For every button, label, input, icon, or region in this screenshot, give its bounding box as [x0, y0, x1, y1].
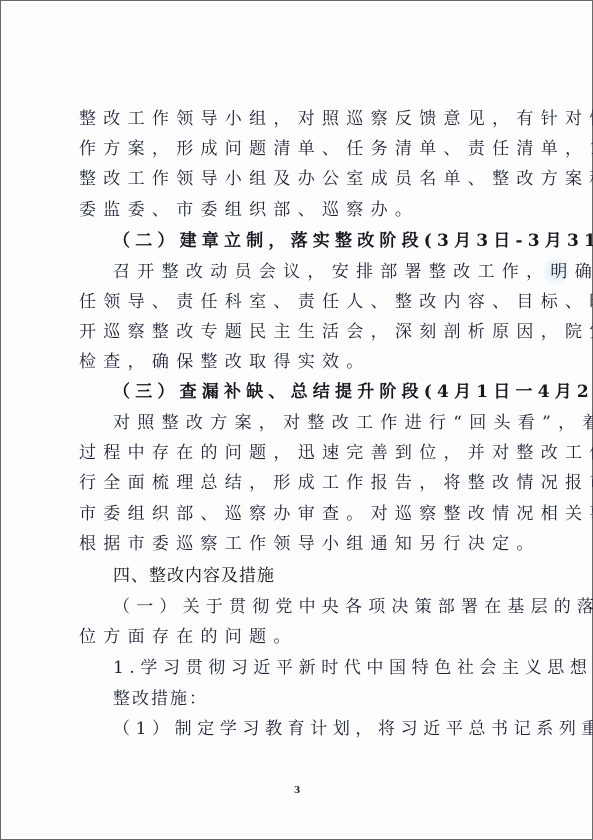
paragraph-line: 检查，确保整改取得实效。 — [79, 351, 371, 373]
section-subheading-2: （二）建章立制，落实整改阶段(3月3日-3月31日) — [113, 230, 593, 252]
paragraph-line: 整改工作领导小组及办公室成员名单、整改方案和台账报市纪 — [79, 168, 593, 190]
paragraph-line: 整改工作领导小组，对照巡察反馈意见，有针对性制定整改工 — [79, 108, 593, 130]
paragraph-line: 召开整改动员会议，安排部署整改工作，明确整改工作责 — [113, 261, 593, 283]
measures-label: 整改措施： — [113, 688, 208, 710]
paragraph-line: 根据市委巡察工作领导小组通知另行决定。 — [79, 533, 541, 555]
paragraph-line: （1）制定学习教育计划，将习近平总书记系列重要讲话精 — [113, 718, 593, 740]
item-heading: （一）关于贯彻党中央各项决策部署在基层的落实不够到 — [113, 596, 593, 618]
paragraph-line: 委监委、市委组织部、巡察办。 — [79, 199, 419, 221]
paragraph-line: 位方面存在的问题。 — [79, 626, 298, 648]
paragraph-line: 行全面梳理总结，形成工作报告，将整改情况报市纪委监委、 — [79, 472, 593, 494]
section-subheading-3: （三）查漏补缺、总结提升阶段(4月1日一4月22日) — [113, 381, 593, 403]
paragraph-line: 对照整改方案，对整改工作进行“回头看”，着力发现整改 — [113, 412, 593, 434]
paragraph-line: 市委组织部、巡察办审查。对巡察整改情况相关事宜的公开， — [79, 503, 593, 525]
page-number: 3 — [294, 786, 300, 796]
paragraph-line: 开巡察整改专题民主生活会，深刻剖析原因，院党委定期督促 — [79, 321, 593, 343]
section-heading-4: 四、整改内容及措施 — [113, 565, 275, 587]
document-page: 整改工作领导小组，对照巡察反馈意见，有针对性制定整改工 作方案，形成问题清单、任… — [0, 0, 593, 840]
paragraph-line: 任领导、责任科室、责任人、整改内容、目标、时限要求。召 — [79, 291, 593, 313]
paragraph-line: 作方案，形成问题清单、任务清单、责任清单，10日内将巡察 — [79, 138, 593, 160]
item-subheading: 1.学习贯彻习近平新时代中国特色社会主义思想不深入。 — [113, 657, 593, 679]
paragraph-line: 过程中存在的问题，迅速完善到位，并对整改工作完成情况进 — [79, 442, 593, 464]
